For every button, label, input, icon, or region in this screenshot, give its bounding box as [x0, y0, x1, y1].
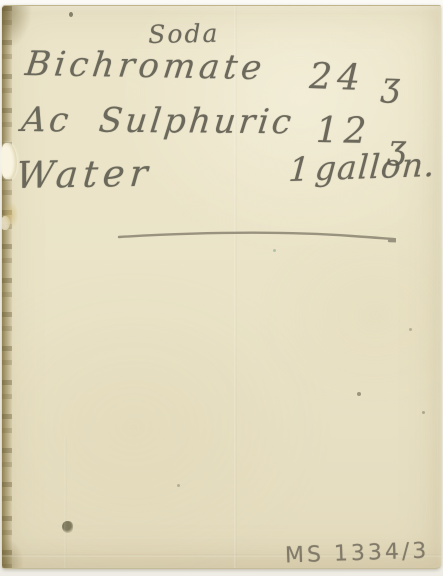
ingredient-bichromate: Bichromate [23, 44, 268, 88]
ingredient-water: Water [14, 152, 154, 197]
quantity-water: 1 gallon. [287, 145, 437, 189]
quantity-value: 12 [315, 110, 372, 152]
paper-card: Soda Bichromate 24 ʒ Ac Sulphuric 12 ʒ W… [2, 5, 441, 569]
vertical-crease-lower [64, 436, 67, 568]
paper-speck [69, 12, 73, 17]
insertion-word-soda: Soda [148, 19, 220, 49]
paper-corner-stain-bottom-left [2, 538, 24, 568]
ingredient-sulphuric-acid: Ac Sulphuric [19, 100, 296, 142]
paper-speck [177, 484, 180, 487]
paper-speck [422, 411, 425, 414]
quantity-value: 24 [309, 56, 366, 99]
paper-edge-chip [1, 143, 17, 179]
quantity-bichromate: 24 ʒ [309, 56, 406, 100]
photo-background: Soda Bichromate 24 ʒ Ac Sulphuric 12 ʒ W… [0, 0, 443, 576]
catalog-number: MS 1334/3 [285, 538, 430, 568]
yellow-stain [3, 202, 18, 228]
vertical-crease [234, 6, 237, 568]
drachm-symbol: ʒ [381, 65, 406, 105]
paper-speck [409, 328, 412, 331]
quantity-value: 1 gallon. [287, 145, 437, 189]
paper-speck [357, 392, 361, 396]
pencil-divider-line [112, 224, 396, 250]
paper-left-deckle-edge [2, 6, 12, 568]
